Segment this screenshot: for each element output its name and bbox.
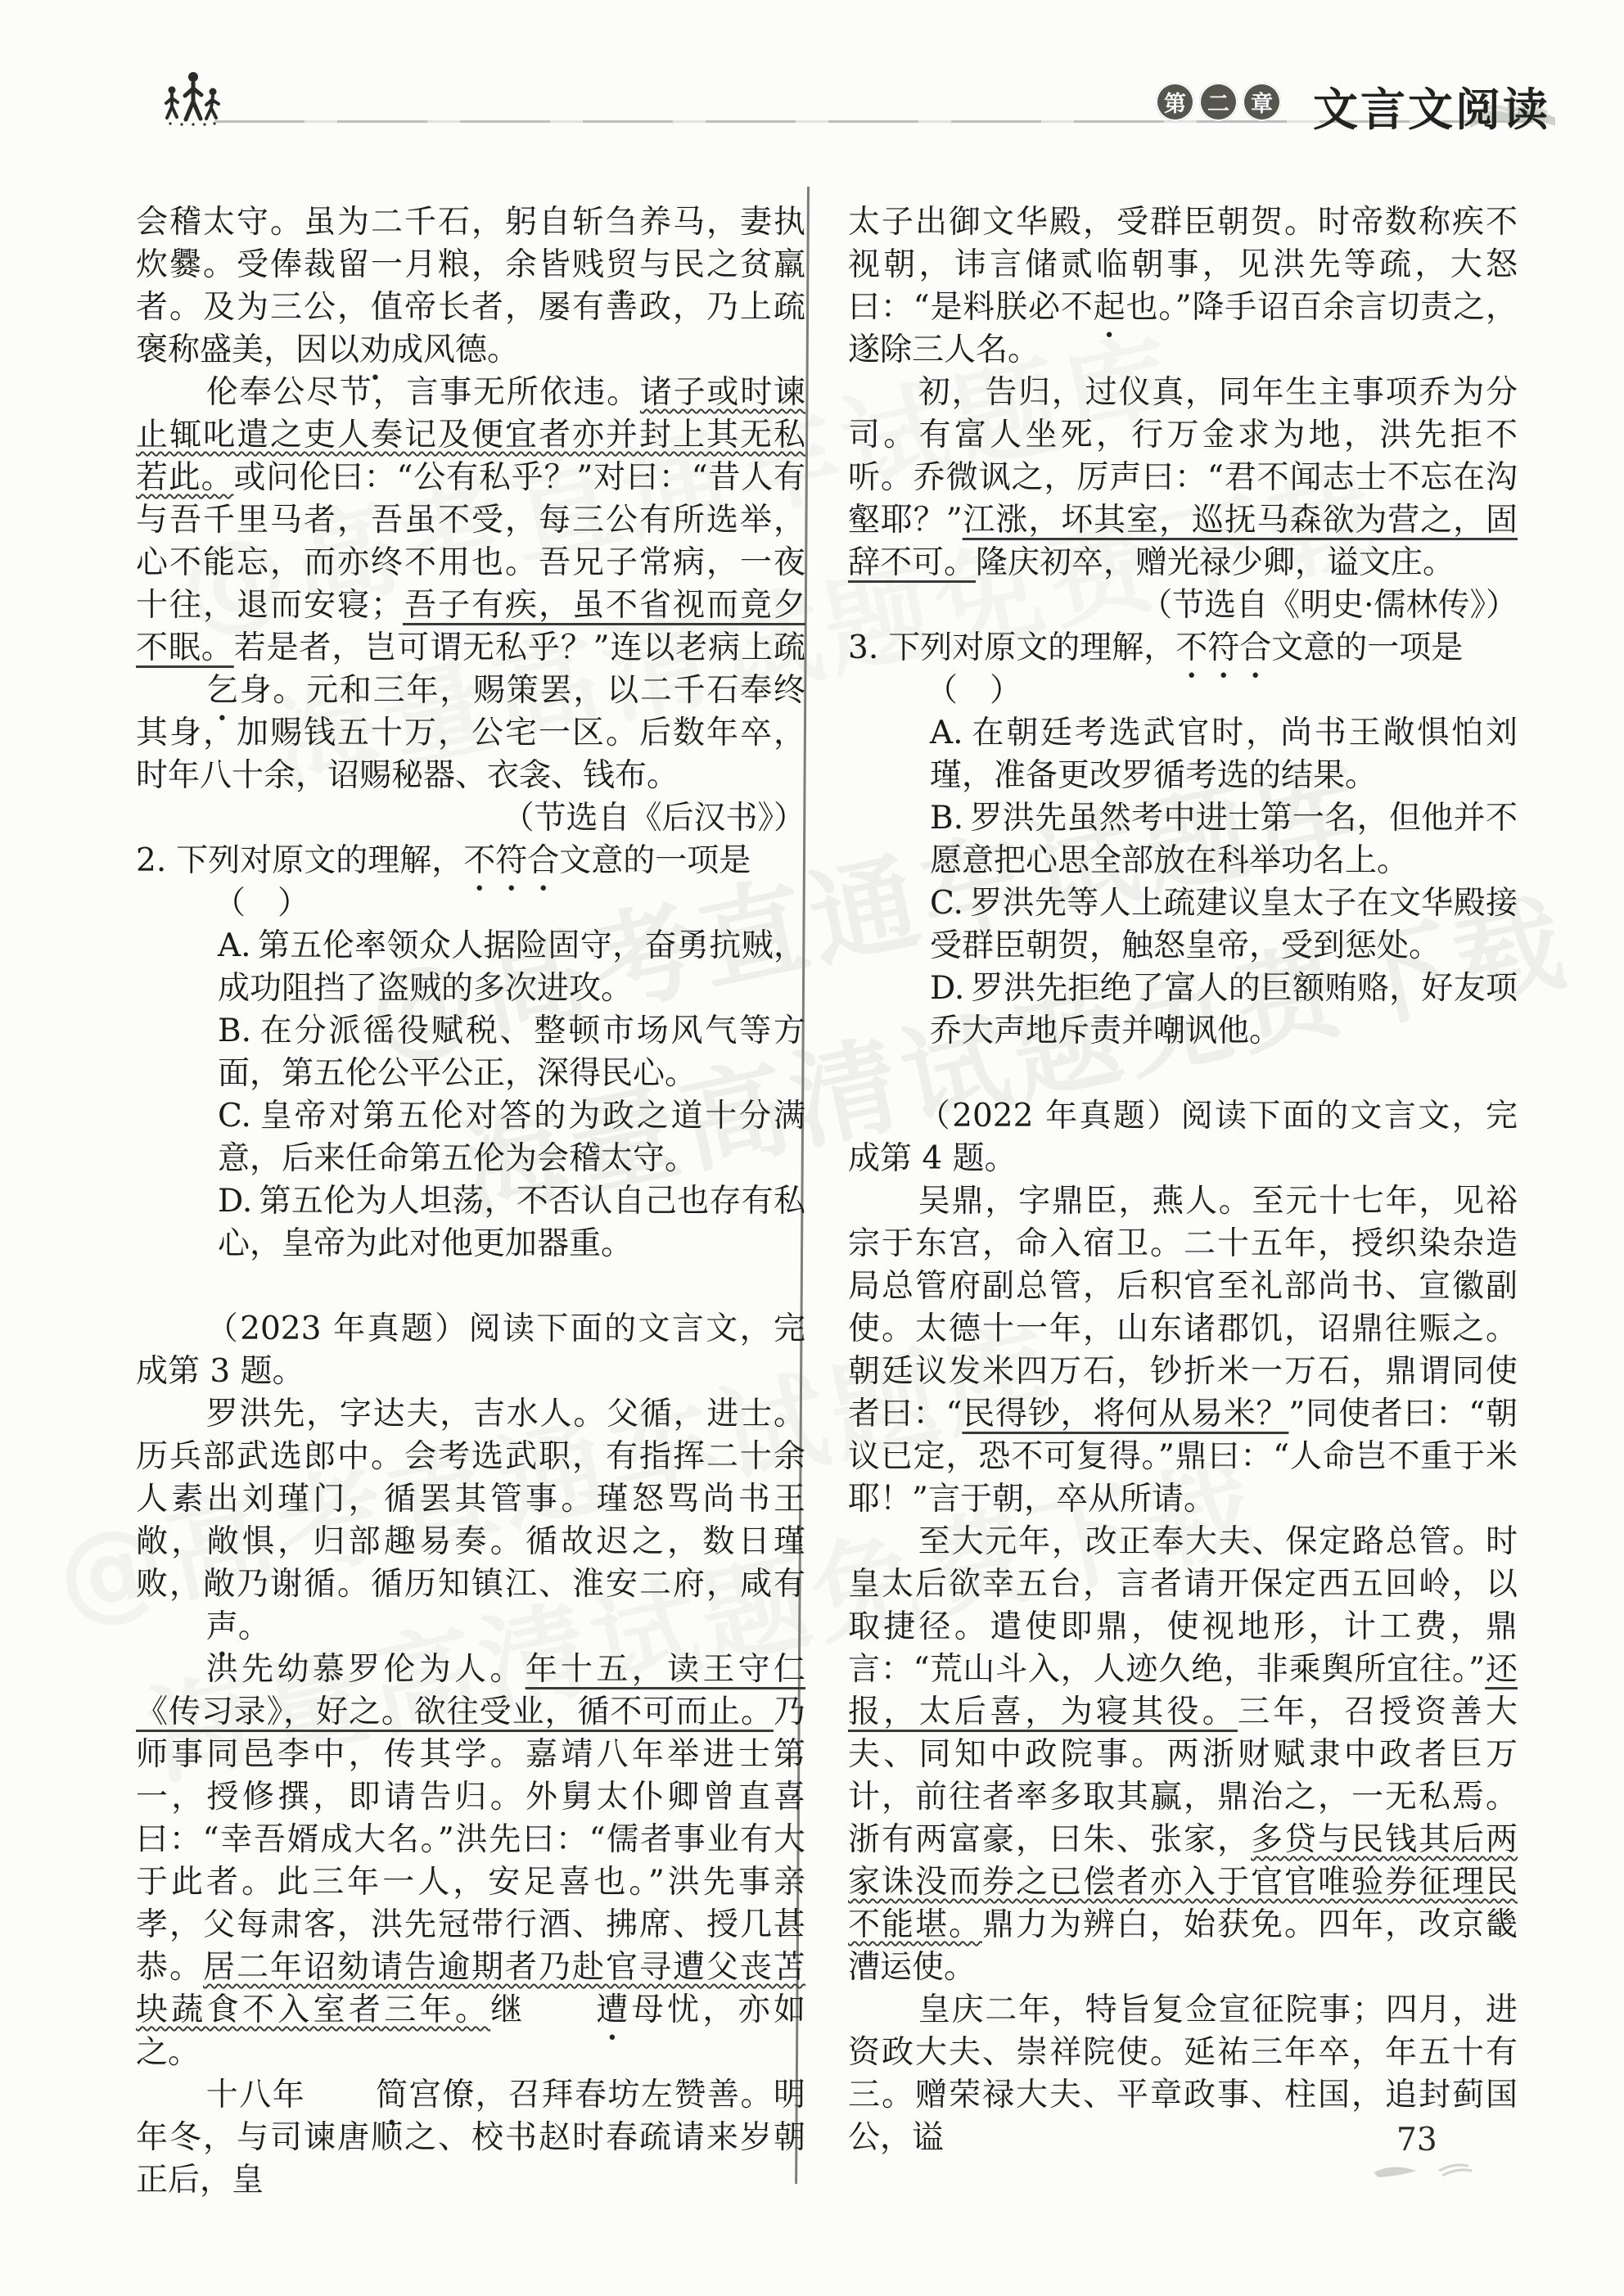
emphasized-char: 声	[136, 1606, 238, 1649]
question: 3.下列对原文的理解，不符合文意的一项是（ ）	[848, 627, 1518, 712]
emphasis-dot-text: 简	[305, 2077, 408, 2113]
emphasis-dot-text: 乞	[136, 672, 238, 709]
text-run: 伦奉公尽节，言事无所依违。	[206, 374, 640, 411]
emphasis-dot-text: 不符合	[463, 842, 559, 879]
left-column: 会稽太守。虽为二千石，躬自斩刍养马，妻执炊爨。受俸裁留一月粮，余皆贱贸与民之贫羸…	[136, 201, 805, 2202]
option-label: D.	[930, 970, 971, 1007]
question-number: 3.	[848, 629, 888, 666]
emphasis-dot-text: 遭	[526, 1992, 629, 2028]
text-run: 文意的一项是	[1271, 629, 1463, 666]
swoosh-decoration-icon	[1369, 2156, 1491, 2189]
option-D: D.第五伦为人坦荡，不否认自己也存有私心，皇帝为此对他更加器重。	[218, 1180, 805, 1265]
option-label: C.	[218, 1098, 258, 1134]
three-runners-icon	[162, 70, 224, 134]
chapter-badge-char-3: 章	[1243, 83, 1281, 121]
paragraph: （2023 年真题）阅读下面的文言文，完成第 3 题。	[136, 1308, 805, 1393]
emphasis-dot-text: 不符合	[1175, 629, 1271, 666]
paragraph: 至大元年，改正奉大夫、保定路总管。时皇太后欲幸五台，言者请开保定西五回岭，以取捷…	[848, 1521, 1518, 1989]
emphasized-char: 乞	[136, 670, 238, 712]
emphasis-dot-text: 起	[1094, 289, 1126, 326]
emphasized-char: 符	[495, 840, 527, 882]
emphasized-char: 贸	[606, 244, 638, 286]
underlined-text: 民得钞，将何从易米？	[962, 1396, 1288, 1432]
text-run: 隆庆初卒，赠光禄少卿，谥文庄。	[976, 544, 1455, 581]
paragraph: 伦奉公尽节，言事无所依违。诸子或时谏止辄叱遣之吏人奏记及便宜者亦并封上其无私若此…	[136, 372, 805, 797]
emphasis-dot-text: 声	[136, 1608, 238, 1645]
option-label: D.	[218, 1183, 259, 1220]
spacer	[136, 1265, 805, 1308]
spacer	[848, 1053, 1518, 1095]
text-run: 继	[490, 1992, 526, 2028]
question-number: 2.	[136, 842, 176, 879]
emphasized-char: 符	[1207, 627, 1239, 670]
page-title: 文言文阅读	[1313, 74, 1550, 138]
option-C: C.罗洪先等人上疏建议皇太子在文华殿接受群臣朝贺，触怒皇帝，受到惩处。	[930, 882, 1518, 968]
text-run: 乃师事同邑李中，传其学。嘉靖八年举进士第一，授修撰，即请告归。外舅太仆卿曾直喜曰…	[136, 1694, 805, 1986]
option-B: B.在分派徭役赋税、整顿市场风气等方面，第五伦公平公正，深得民心。	[218, 1010, 805, 1095]
text-run: 十八年	[206, 2077, 305, 2113]
paragraph: 洪先幼慕罗伦为人。年十五，读王守仁《传习录》，好之。欲往受业，循不可而止。乃师事…	[136, 1649, 805, 2074]
option-A: A.第五伦率领众人据险固守，奋勇抗贼，成功阻挡了盗贼的多次进攻。	[218, 925, 805, 1010]
emphasized-char: 遭	[526, 1989, 629, 2032]
emphasized-char: 不	[1175, 627, 1207, 670]
text-run: 罗洪先，字达夫，吉水人。父循，进士。历兵部武选郎中。会考选武职，有指挥二十余人素…	[136, 1396, 805, 1603]
right-column: 太子出御文华殿，受群臣朝贺。时帝数称疾不视朝，讳言储贰临朝事，见洪先等疏，大怒曰…	[848, 201, 1518, 2159]
paragraph: 十八年简宫僚，召拜春坊左赞善。明年冬，与司谏唐顺之、校书赵时春疏请来岁朝正后，皇	[136, 2074, 805, 2202]
source-attribution: （节选自《明史·儒林传》）	[848, 584, 1518, 627]
emphasized-char: 不	[463, 840, 495, 882]
chapter-badge-char-1: 第	[1156, 83, 1194, 121]
paragraph: 吴鼎，字鼎臣，燕人。至元十七年，见裕宗于东宫，命入宿卫。二十五年，授织染杂造局总…	[848, 1180, 1518, 1521]
page: { "header": { "chapter_badges": ["第", "二…	[0, 0, 1624, 2296]
text-run: 若是者，岂可谓无私乎？”连以老病上疏	[234, 629, 805, 666]
page-number: 73	[1396, 2122, 1437, 2158]
paragraph: 会稽太守。虽为二千石，躬自斩刍养马，妻执炊爨。受俸裁留一月粮，余皆贱贸与民之贫羸…	[136, 201, 805, 372]
option-C: C.皇帝对第五伦对答的为政之道十分满意，后来任命第五伦为会稽太守。	[218, 1095, 805, 1180]
text-run: 下列对原文的理解，	[888, 629, 1175, 666]
text-run: 。	[238, 1608, 270, 1645]
option-label: A.	[930, 715, 970, 751]
emphasized-char: 劝	[359, 329, 391, 372]
text-run: 洪先幼慕罗伦为人。	[206, 1651, 526, 1688]
paragraph: （2022 年真题）阅读下面的文言文，完成第 4 题。	[848, 1095, 1518, 1180]
option-A: A.在朝廷考选武官时，尚书王敞惧怕刘瑾，准备更改罗循考选的结果。	[930, 712, 1518, 797]
text-run: 成风德。	[391, 332, 519, 368]
option-label: C.	[930, 885, 970, 922]
paragraph: 罗洪先，字达夫，吉水人。父循，进士。历兵部武选郎中。会考选武职，有指挥二十余人素…	[136, 1393, 805, 1649]
question: 2.下列对原文的理解，不符合文意的一项是（ ）	[136, 840, 805, 925]
option-B: B.罗洪先虽然考中进士第一名，但他并不愿意把心思全部放在科举功名上。	[930, 797, 1518, 882]
emphasized-char: 合	[1239, 627, 1271, 670]
paragraph: 太子出御文华殿，受群臣朝贺。时帝数称疾不视朝，讳言储贰临朝事，见洪先等疏，大怒曰…	[848, 201, 1518, 372]
emphasized-char: 起	[1094, 286, 1126, 329]
option-label: A.	[218, 927, 258, 964]
text-run: 文意的一项是	[559, 842, 751, 879]
answer-blank: （ ）	[848, 670, 1518, 712]
text-run: 至大元年，改正奉大夫、保定路总管。时皇太后欲幸五台，言者请开保定西五回岭，以取捷…	[848, 1523, 1518, 1688]
option-label: B.	[218, 1013, 258, 1049]
emphasized-char: 合	[527, 840, 559, 882]
emphasis-dot-text: 贸	[606, 246, 638, 283]
chapter-badge-char-2: 二	[1199, 83, 1238, 121]
emphasis-dot-text: 劝	[359, 332, 391, 368]
source-attribution: （节选自《后汉书》）	[136, 797, 805, 840]
emphasized-char: 简	[305, 2074, 408, 2117]
chapter-badge: 第 二 章	[1156, 83, 1281, 121]
answer-blank: （ ）	[136, 882, 805, 925]
option-D: D.罗洪先拒绝了富人的巨额贿赂，好友项乔大声地斥责并嘲讽他。	[930, 968, 1518, 1053]
text-run: 下列对原文的理解，	[176, 842, 463, 879]
paragraph: 初，告归，过仪真，同年生主事项乔为分司。有富人坐死，行万金求为地，洪先拒不听。乔…	[848, 372, 1518, 584]
option-label: B.	[930, 800, 970, 837]
